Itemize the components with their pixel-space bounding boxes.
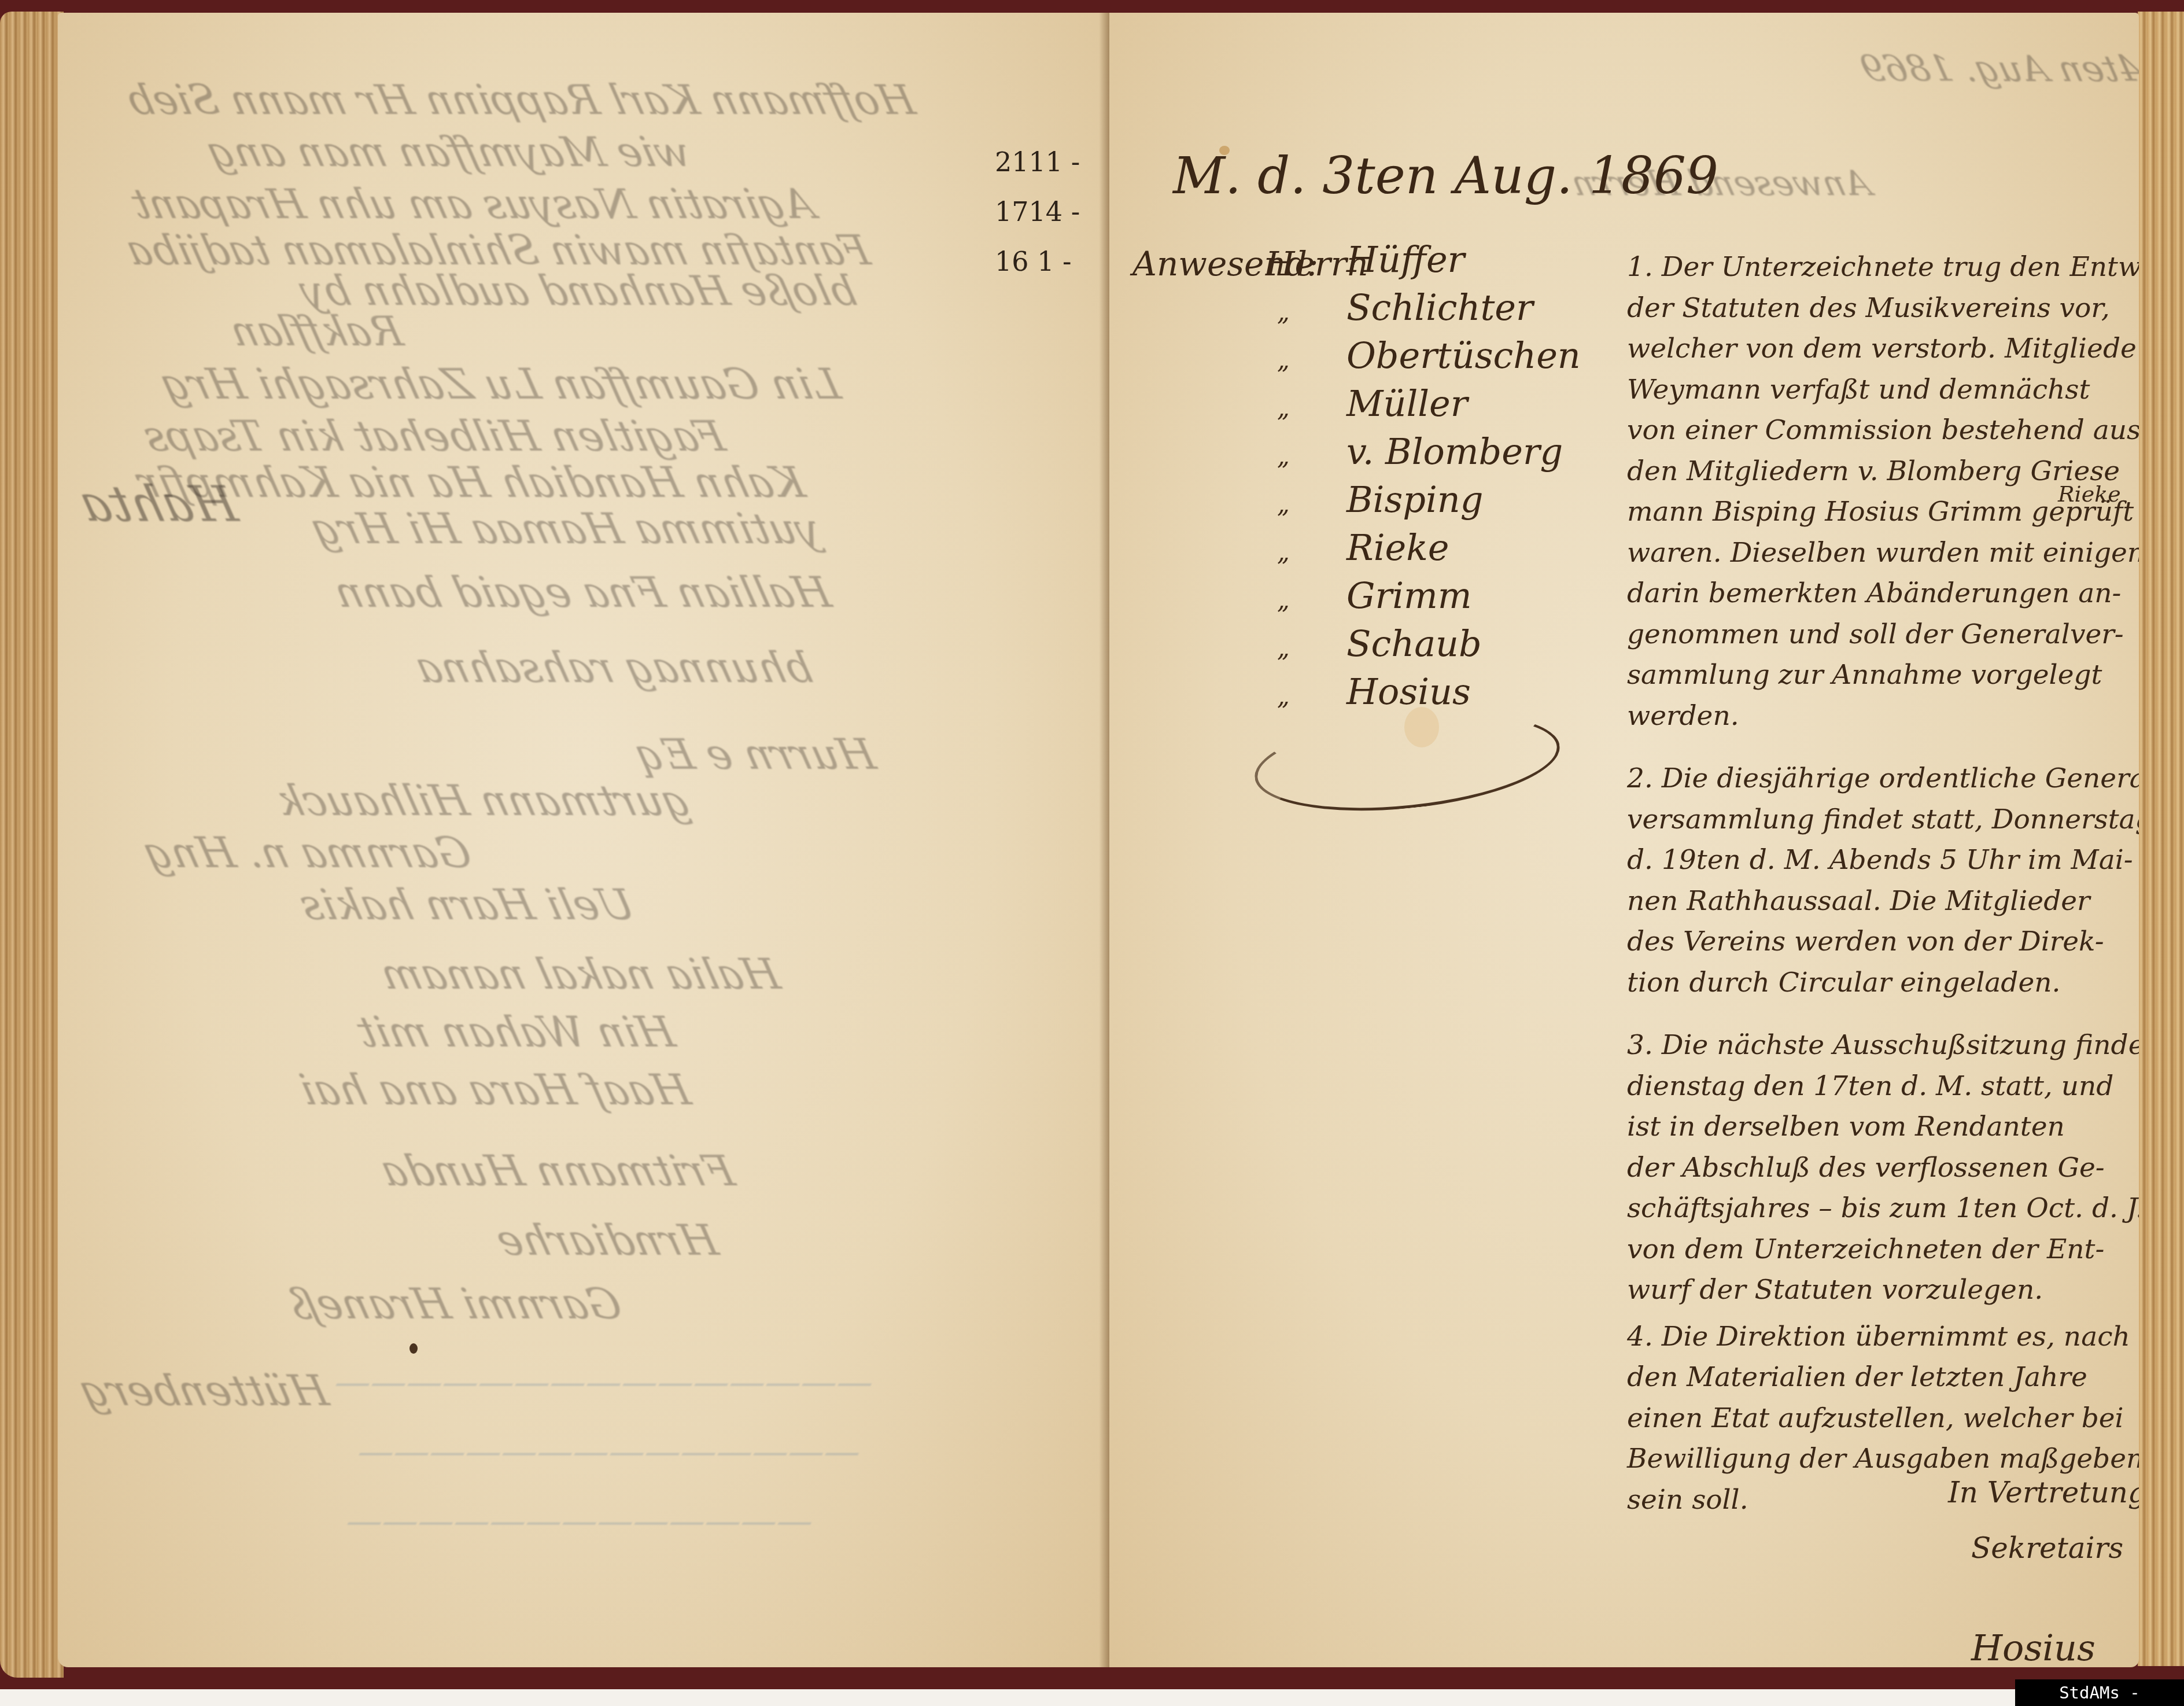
- bleed-line: Hrndiarhe: [492, 1216, 723, 1265]
- minute-line: den Mitgliedern v. Blomberg Griese: [1627, 451, 2124, 492]
- ditto-mark: „: [1277, 586, 1290, 614]
- bleed-line: Fritmann Hunda: [376, 1147, 740, 1195]
- bleed-line: Agiratin Nasyus am uhn Hrapant: [127, 180, 820, 228]
- archive-id-label: StdAMs - MV_002a_134: [2015, 1679, 2184, 1706]
- attendee-name: Hosius: [1346, 670, 1471, 713]
- bleed-line: Lin Gaumffan Lu Zahrsaghi Hrg: [156, 360, 846, 408]
- ditto-mark: „: [1277, 442, 1290, 470]
- ditto-mark: „: [1277, 538, 1290, 566]
- spacer: [1627, 736, 2124, 758]
- ditto-mark: „: [1277, 346, 1290, 374]
- stain-spot: [1404, 707, 1439, 747]
- minute-line: ist in derselben vom Rendanten: [1627, 1107, 2124, 1148]
- minute-item-1: 1. Der Unterzeichnete trug den Entwurf d…: [1627, 247, 2124, 736]
- minute-line: nen Rathhaussaal. Die Mitglieder: [1627, 881, 2124, 922]
- minute-line: mann Bisping Hosius Grimm geprüft: [1627, 492, 2124, 533]
- attendee-name: Bisping: [1346, 478, 1483, 521]
- bleed-line: Rakfflan: [226, 308, 408, 355]
- margin-numbers: 2111 - 1714 - 16 1 -: [995, 137, 1080, 286]
- faint-bleed-line: ——————————————: [353, 1430, 866, 1472]
- left-page: 2111 - 1714 - 16 1 - Hoffmann Karl Rappi…: [58, 13, 1109, 1667]
- faint-bleed-line: —————————————: [342, 1499, 818, 1542]
- minute-line: der Abschluß des verflossenen Ge-: [1627, 1148, 2124, 1189]
- minutes-body: 1. Der Unterzeichnete trug den Entwurf d…: [1627, 247, 2124, 1520]
- bleed-line: wie Maymffan man ang: [202, 128, 695, 176]
- minute-line: 4. Die Direktion übernimmt es, nach: [1627, 1317, 2124, 1358]
- interlinear-insertion: Rieke: [2058, 481, 2121, 507]
- closing-line: In Vertretung des: [1948, 1465, 2139, 1520]
- spacer: [1627, 1311, 2124, 1317]
- bleed-line: bhunnag rahsahna: [411, 643, 818, 692]
- bleed-line: Haaf Hara ana hai: [295, 1066, 696, 1114]
- page-title: M. d. 3ten Aug. 1869: [1173, 146, 1718, 205]
- minute-line: von dem Unterzeichneten der Ent-: [1627, 1229, 2124, 1270]
- minute-line: sammlung zur Annahme vorgelegt: [1627, 655, 2124, 696]
- bleed-line: Hin Wahan mit: [353, 1008, 680, 1056]
- ditto-mark: „: [1277, 298, 1290, 326]
- attendee-name: Hüffer: [1346, 238, 1464, 281]
- bleed-line: Hahta: [74, 476, 243, 533]
- minute-line: Weymann verfaßt und demnächst: [1627, 370, 2124, 411]
- minute-line: von einer Commission bestehend aus: [1627, 410, 2124, 451]
- ink-spot: [409, 1343, 418, 1354]
- bleed-line: Garnma n. Hng: [139, 828, 477, 877]
- page-stack-right-edge: [2138, 12, 2184, 1666]
- minute-line: darin bemerkten Abänderungen an-: [1627, 573, 2124, 614]
- minute-line: des Vereins werden von der Direk-: [1627, 922, 2124, 963]
- minute-item-3: 3. Die nächste Ausschußsitzung findet di…: [1627, 1025, 2124, 1311]
- minute-line: den Materialien der letzten Jahre: [1627, 1357, 2124, 1398]
- attendee-name: Müller: [1346, 382, 1467, 425]
- bleed-line: Halia nakal nanam: [376, 950, 785, 998]
- margin-number: 2111 -: [995, 137, 1080, 187]
- attendee-name: Rieke: [1346, 526, 1449, 569]
- bleed-line: Garnmi Hraneß: [283, 1280, 627, 1328]
- minute-line: tion durch Circular eingeladen.: [1627, 963, 2124, 1004]
- bleed-line: gurtmann Hilhauck: [272, 776, 695, 825]
- attendee-name: Schaub: [1346, 622, 1482, 665]
- minute-line: waren. Dieselben wurden mit einigen: [1627, 533, 2124, 574]
- bleed-signature: Hüttenberg: [75, 1366, 333, 1415]
- ditto-mark: „: [1277, 682, 1290, 710]
- bleed-line: Hoffmann Karl Rappinn Hr mann Sieb: [121, 76, 920, 124]
- bleed-line: yutimma Hamaa Hi Hrg: [307, 504, 825, 553]
- minute-line: genommen und soll der Generalver-: [1627, 614, 2124, 655]
- bleed-line: Hallian Fna egaid bann: [330, 568, 836, 617]
- open-ledger-book: 2111 - 1714 - 16 1 - Hoffmann Karl Rappi…: [0, 0, 2184, 1689]
- ditto-mark: „: [1277, 490, 1290, 518]
- ditto-mark: „: [1277, 394, 1290, 422]
- bleed-line: Hurrn e Eq: [630, 730, 880, 779]
- minute-line: d. 19ten d. M. Abends 5 Uhr im Mai-: [1627, 840, 2124, 881]
- minute-line: welcher von dem verstorb. Mitgliede: [1627, 329, 2124, 370]
- signature-flourish: [1951, 1661, 2055, 1667]
- minute-line: 3. Die nächste Ausschußsitzung findet: [1627, 1025, 2124, 1066]
- attendee-name: Grimm: [1346, 574, 1472, 617]
- attendee-name: v. Blomberg: [1346, 430, 1563, 473]
- attendee-name: Obertüschen: [1346, 334, 1581, 377]
- closing-line: Sekretairs: [1948, 1520, 2139, 1576]
- minute-line: der Statuten des Musikvereins vor,: [1627, 288, 2124, 329]
- right-page: M. d. 14ten Aug. 1869 Anwesend Herrn M. …: [1109, 13, 2139, 1667]
- minute-line: einen Etat aufzustellen, welcher bei: [1627, 1398, 2124, 1439]
- minute-line: werden.: [1627, 696, 2124, 737]
- faint-bleed-line: ———————————————: [330, 1361, 879, 1403]
- margin-number: 16 1 -: [995, 237, 1080, 286]
- bleed-heading: M. d. 14ten Aug. 1869: [1856, 47, 2139, 90]
- spacer: [1627, 1003, 2124, 1025]
- ditto-mark: „: [1277, 634, 1290, 662]
- attendee-name: Schlichter: [1346, 286, 1533, 329]
- minute-item-2: 2. Die diesjährige ordentliche General v…: [1627, 758, 2124, 1003]
- minute-line: 2. Die diesjährige ordentliche General: [1627, 758, 2124, 799]
- minute-line: schäftsjahres – bis zum 1ten Oct. d. J. …: [1627, 1188, 2124, 1229]
- bleed-line: Ueli Harn hakis: [295, 880, 639, 929]
- page-stack-left-edge: [0, 12, 64, 1678]
- minute-line: dienstag den 17ten d. M. statt, und: [1627, 1066, 2124, 1107]
- bleed-line: Fagitlen Hilbehat kin Tsaps: [139, 412, 730, 460]
- closing-formula: In Vertretung des Sekretairs: [1948, 1465, 2139, 1576]
- minute-line: 1. Der Unterzeichnete trug den Entwurf: [1627, 247, 2124, 288]
- margin-number: 1714 -: [995, 187, 1080, 237]
- minute-line: wurf der Statuten vorzulegen.: [1627, 1270, 2124, 1311]
- stain-spot: [1219, 146, 1230, 155]
- minute-line: versammlung findet statt, Donnerstag: [1627, 799, 2124, 841]
